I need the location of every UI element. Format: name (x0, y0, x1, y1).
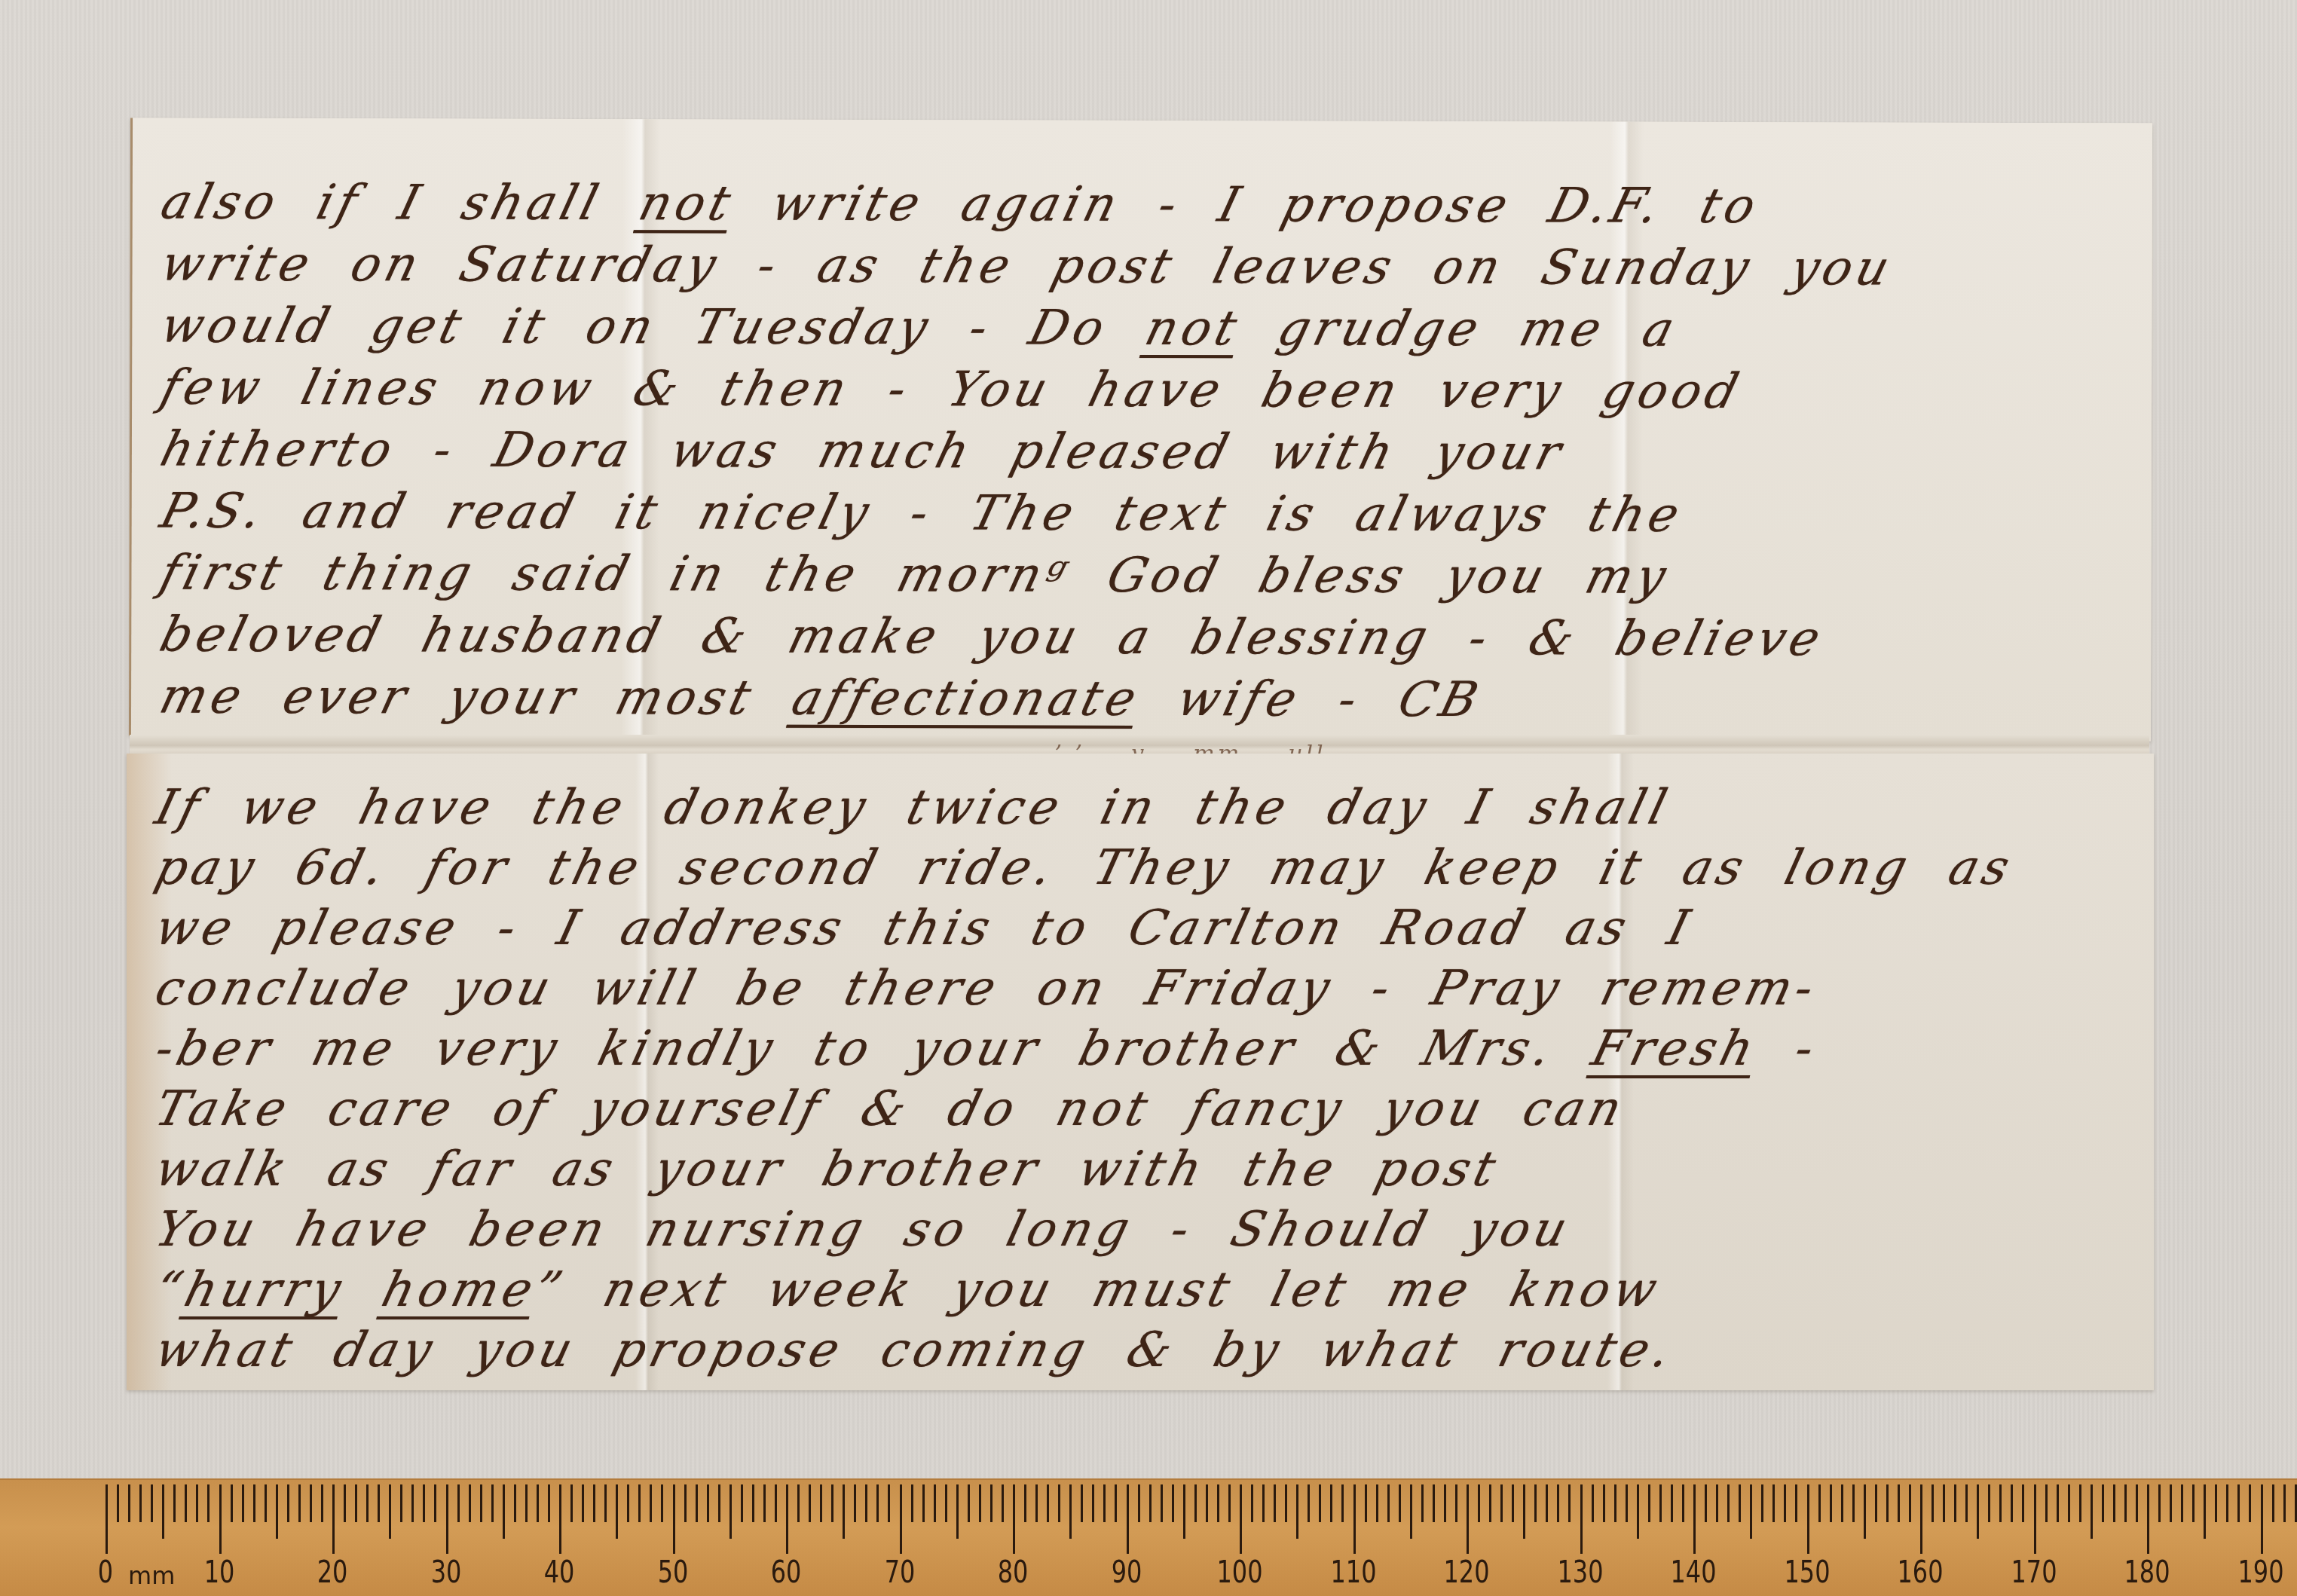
ruler-tick (1002, 1484, 1004, 1522)
ruler-tick (231, 1484, 233, 1522)
ruler-tick (1784, 1484, 1786, 1522)
ruler-tick (2034, 1484, 2036, 1554)
ruler-tick (1716, 1484, 1718, 1522)
letter-line: conclude you will be there on Friday - P… (151, 965, 2137, 1013)
ruler-tick (1693, 1484, 1696, 1554)
ruler-tick (843, 1484, 845, 1539)
ruler-tick (2204, 1484, 2206, 1539)
ruler-tick (1387, 1484, 1390, 1522)
ruler-tick (2261, 1484, 2263, 1554)
ruler-tick (1830, 1484, 1832, 1522)
ruler-tick (2215, 1484, 2217, 1522)
ruler-tick (911, 1484, 913, 1522)
ruler-tick (1557, 1484, 1559, 1522)
letter-line: “hurry home” next week you must let me k… (151, 1266, 2137, 1314)
ruler-tick (741, 1484, 743, 1522)
ruler-tick (491, 1484, 494, 1522)
ruler-tick (2011, 1484, 2013, 1522)
ruler-tick (2237, 1484, 2240, 1522)
ruler-tick (1262, 1484, 1265, 1522)
ruler-tick (1455, 1484, 1457, 1522)
ruler-tick (2147, 1484, 2149, 1554)
ruler-tick (2079, 1484, 2081, 1522)
letter-line: -ber me very kindly to your brother & Mr… (151, 1025, 2137, 1073)
ruler-tick (1013, 1484, 1015, 1554)
ruler-label: 40 (544, 1555, 575, 1590)
ruler-tick (979, 1484, 981, 1522)
ruler-label: 80 (998, 1555, 1029, 1590)
ruler-tick (173, 1484, 176, 1522)
top-panel-lines: also if I shall not write again - I prop… (133, 118, 2152, 123)
ruler-tick (786, 1484, 788, 1554)
ruler-label: 0 (98, 1555, 113, 1590)
ruler-label: 70 (884, 1555, 915, 1590)
ruler-tick (718, 1484, 720, 1522)
ruler-tick (2272, 1484, 2274, 1522)
ruler-tick (537, 1484, 539, 1522)
ruler-label: 140 (1670, 1555, 1716, 1590)
ruler-tick (831, 1484, 833, 1522)
ruler-tick (117, 1484, 119, 1522)
ruler-tick (1500, 1484, 1503, 1522)
ruler-tick (1592, 1484, 1594, 1522)
ruler-tick (604, 1484, 607, 1522)
ruler-tick (1217, 1484, 1219, 1522)
ruler-tick (1931, 1484, 1934, 1522)
letter-line: what day you propose coming & by what ro… (151, 1326, 2137, 1374)
ruler-tick (1194, 1484, 1197, 1522)
ruler-tick (1285, 1484, 1287, 1522)
ruler-tick (1296, 1484, 1298, 1539)
ruler-tick (2091, 1484, 2093, 1539)
ruler-tick (253, 1484, 255, 1522)
ruler-tick (673, 1484, 675, 1554)
ruler-tick (876, 1484, 879, 1522)
ruler-tick (2057, 1484, 2059, 1522)
ruler-tick (219, 1484, 222, 1554)
ruler-label: 60 (771, 1555, 802, 1590)
ruler-tick (242, 1484, 244, 1522)
ruler-tick (310, 1484, 312, 1522)
ruler-tick (1852, 1484, 1855, 1522)
ruler-tick (276, 1484, 278, 1539)
ruler-tick (820, 1484, 822, 1522)
ruler-tick (582, 1484, 584, 1522)
ruler-tick (1512, 1484, 1514, 1522)
underlined-word: Fresh (1586, 1021, 1763, 1077)
ruler-tick (2022, 1484, 2024, 1522)
ruler-tick (446, 1484, 448, 1554)
letter-top-panel: also if I shall not write again - I prop… (129, 118, 2152, 741)
ruler-label: 190 (2237, 1555, 2283, 1590)
ruler-tick (106, 1484, 108, 1554)
ruler-tick (1341, 1484, 1344, 1522)
letter-line: also if I shall not write again - I prop… (157, 179, 2136, 232)
underlined-word: home (377, 1262, 543, 1318)
ruler-tick (922, 1484, 925, 1522)
ruler-tick (2295, 1484, 2297, 1522)
ruler-tick (196, 1484, 198, 1522)
ruler-label: 150 (1784, 1555, 1830, 1590)
letter-line: walk as far as your brother with the pos… (151, 1145, 2137, 1194)
ruler-tick (900, 1484, 902, 1554)
ruler-tick (2045, 1484, 2048, 1522)
ruler-unit-label: mm (128, 1561, 175, 1590)
ruler-tick (1376, 1484, 1378, 1522)
ruler-tick (854, 1484, 856, 1522)
measuring-ruler: mm 0102030405060708090100110120130140150… (0, 1478, 2297, 1596)
ruler-tick (2249, 1484, 2251, 1522)
letter-line: Take care of yourself & do not fancy you… (151, 1085, 2137, 1133)
ruler-tick (1523, 1484, 1525, 1539)
ruler-tick (1047, 1484, 1049, 1522)
ruler-tick (1058, 1484, 1060, 1522)
letter-line: P.S. and read it nicely - The text is al… (156, 488, 2135, 541)
ruler-label: 10 (203, 1555, 234, 1590)
ruler-tick (1988, 1484, 1990, 1522)
ruler-tick (1727, 1484, 1730, 1522)
ruler-tick (480, 1484, 482, 1522)
ruler-tick (1035, 1484, 1038, 1522)
ruler-tick (139, 1484, 142, 1522)
ruler-tick (1251, 1484, 1253, 1522)
ruler-tick (1999, 1484, 2002, 1522)
letter-line: If we have the donkey twice in the day I… (151, 784, 2137, 832)
ruler-tick (638, 1484, 641, 1522)
ruler-tick (888, 1484, 890, 1522)
ruler-tick (457, 1484, 460, 1522)
ruler-tick (298, 1484, 301, 1522)
ruler-label: 170 (2011, 1555, 2057, 1590)
ruler-tick (469, 1484, 471, 1522)
ruler-tick (1818, 1484, 1821, 1522)
ruler-tick (1081, 1484, 1083, 1522)
ruler-tick (752, 1484, 754, 1522)
ruler-tick (525, 1484, 528, 1522)
underlined-word: not (633, 176, 740, 231)
ruler-tick (729, 1484, 732, 1539)
letter-signature-line: me ever your most affectionate wife - CB (155, 673, 2134, 726)
ruler-tick (514, 1484, 516, 1522)
ruler-label: 120 (1443, 1555, 1489, 1590)
ruler-label: 110 (1330, 1555, 1376, 1590)
ruler-tick (2113, 1484, 2115, 1522)
ruler-tick (1909, 1484, 1911, 1522)
ruler-label: 160 (1897, 1555, 1943, 1590)
letter-line: we please - I address this to Carlton Ro… (151, 904, 2137, 952)
ruler-tick (1614, 1484, 1616, 1522)
ruler-tick (366, 1484, 369, 1522)
ruler-tick (1807, 1484, 1809, 1554)
ruler-tick (593, 1484, 595, 1522)
ruler-tick (332, 1484, 335, 1554)
ruler-tick (1444, 1484, 1446, 1522)
letter-line: few lines now & then - You have been ver… (156, 364, 2135, 417)
ruler-tick (1353, 1484, 1356, 1554)
ruler-tick (2181, 1484, 2183, 1522)
ruler-tick (1875, 1484, 1877, 1522)
ruler-tick (956, 1484, 959, 1539)
ruler-tick (2226, 1484, 2228, 1522)
ruler-tick (1898, 1484, 1900, 1522)
ruler-tick (1399, 1484, 1401, 1522)
ruler-tick (2102, 1484, 2104, 1522)
ruler-tick (1659, 1484, 1662, 1522)
ruler-tick (423, 1484, 425, 1522)
ruler-tick (1943, 1484, 1945, 1522)
ruler-tick (627, 1484, 629, 1522)
letter-line: beloved husband & make you a blessing - … (155, 611, 2134, 665)
ruler-tick (1274, 1484, 1276, 1522)
ruler-tick (548, 1484, 550, 1522)
ruler-tick (570, 1484, 573, 1522)
ruler-tick (1965, 1484, 1968, 1522)
ruler-tick (1671, 1484, 1673, 1522)
ruler-tick (797, 1484, 800, 1522)
ruler-tick (1626, 1484, 1628, 1522)
ruler-tick (2283, 1484, 2286, 1522)
ruler-tick (1149, 1484, 1152, 1522)
ruler-tick (2136, 1484, 2138, 1522)
ruler-tick (1761, 1484, 1763, 1522)
ruler-tick (1534, 1484, 1537, 1522)
ruler-tick (616, 1484, 618, 1539)
ruler-tick (1886, 1484, 1889, 1522)
ruler-tick (151, 1484, 153, 1522)
letter-line: hitherto - Dora was much pleased with yo… (156, 426, 2135, 479)
ruler-tick (265, 1484, 267, 1522)
ruler-tick (355, 1484, 357, 1522)
underlined-word: hurry (179, 1262, 350, 1318)
ruler-tick (865, 1484, 867, 1522)
ruler-tick (1568, 1484, 1571, 1522)
letter-line: You have been nursing so long - Should y… (151, 1206, 2137, 1254)
ruler-tick (1580, 1484, 1583, 1554)
letter-line: first thing said in the mornᵍ God bless … (155, 549, 2134, 603)
ruler-tick (1977, 1484, 1979, 1539)
ruler-tick (1115, 1484, 1117, 1522)
ruler-label: 30 (430, 1555, 461, 1590)
ruler-tick (378, 1484, 380, 1522)
ruler-label: 130 (1557, 1555, 1603, 1590)
ruler-tick (400, 1484, 402, 1522)
ruler-tick (661, 1484, 663, 1522)
letter-bottom-panel: If we have the donkey twice in the day I… (127, 754, 2154, 1390)
ruler-label: 20 (317, 1555, 348, 1590)
ruler-tick (559, 1484, 561, 1554)
ruler-tick (1206, 1484, 1208, 1522)
ruler-tick (763, 1484, 766, 1522)
ruler-tick (1421, 1484, 1424, 1522)
ruler-tick (1705, 1484, 1707, 1522)
ruler-tick (1319, 1484, 1321, 1522)
ruler-tick (1410, 1484, 1412, 1539)
ruler-tick (1750, 1484, 1752, 1539)
ruler-tick (1240, 1484, 1242, 1554)
ruler-tick (650, 1484, 652, 1522)
letter-line: pay 6d. for the second ride. They may ke… (151, 844, 2137, 892)
ruler-tick (434, 1484, 436, 1522)
ruler-tick (411, 1484, 414, 1522)
ruler-label: 50 (657, 1555, 688, 1590)
ruler-tick (1467, 1484, 1469, 1554)
ruler-tick (1103, 1484, 1106, 1522)
ruler-tick (1546, 1484, 1548, 1522)
ruler-tick (934, 1484, 936, 1522)
ruler-tick (1138, 1484, 1140, 1522)
ruler-tick (344, 1484, 346, 1522)
ruler-tick (1603, 1484, 1605, 1522)
ruler-tick (1127, 1484, 1129, 1554)
ruler-tick (1172, 1484, 1174, 1522)
ruler-tick (1478, 1484, 1480, 1522)
ruler-tick (1161, 1484, 1163, 1522)
letter-line: would get it on Tuesday - Do not grudge … (156, 302, 2135, 356)
ruler-tick (1795, 1484, 1797, 1522)
ruler-tick (207, 1484, 210, 1522)
ruler-tick (1024, 1484, 1026, 1522)
ruler-tick (287, 1484, 289, 1522)
ruler-tick (809, 1484, 811, 1522)
ruler-tick (1920, 1484, 1922, 1554)
ruler-tick (2170, 1484, 2172, 1522)
ruler-tick (2068, 1484, 2070, 1522)
ruler-label: 180 (2124, 1555, 2170, 1590)
ruler-tick (389, 1484, 391, 1539)
underlined-word: not (1139, 301, 1246, 356)
ruler-tick (185, 1484, 187, 1522)
ruler-tick (1739, 1484, 1741, 1522)
ruler-tick (1330, 1484, 1332, 1522)
ruler-tick (162, 1484, 164, 1539)
ruler-tick (1308, 1484, 1310, 1522)
ruler-tick (1092, 1484, 1094, 1522)
ruler-tick (1365, 1484, 1367, 1522)
ruler-tick (968, 1484, 970, 1522)
ruler-tick (1648, 1484, 1650, 1522)
ruler-tick (707, 1484, 709, 1522)
ruler-tick (1433, 1484, 1435, 1522)
ruler-tick (2124, 1484, 2127, 1522)
ruler-tick (1069, 1484, 1072, 1539)
ruler-label: 100 (1216, 1555, 1262, 1590)
letter-line: write on Saturday - as the post leaves o… (157, 240, 2136, 294)
ruler-tick (503, 1484, 505, 1539)
ruler-tick (696, 1484, 698, 1522)
ruler-tick (2192, 1484, 2195, 1522)
ruler-tick (1954, 1484, 1956, 1522)
ruler-tick (1489, 1484, 1491, 1522)
ruler-tick (1183, 1484, 1185, 1539)
ruler-tick (1682, 1484, 1684, 1522)
ruler-tick (990, 1484, 993, 1522)
ruler-tick (1637, 1484, 1639, 1539)
ruler-tick (2158, 1484, 2161, 1522)
ruler-tick (128, 1484, 130, 1522)
ruler-tick (321, 1484, 323, 1522)
ruler-tick (775, 1484, 777, 1522)
ruler-tick (684, 1484, 687, 1522)
ruler-tick (1228, 1484, 1231, 1522)
ruler-label: 90 (1111, 1555, 1142, 1590)
underlined-word: affectionate (786, 671, 1146, 727)
ruler-tick (945, 1484, 947, 1522)
ruler-tick (1864, 1484, 1866, 1539)
ruler-tick (1841, 1484, 1843, 1522)
ruler-tick (1772, 1484, 1775, 1522)
